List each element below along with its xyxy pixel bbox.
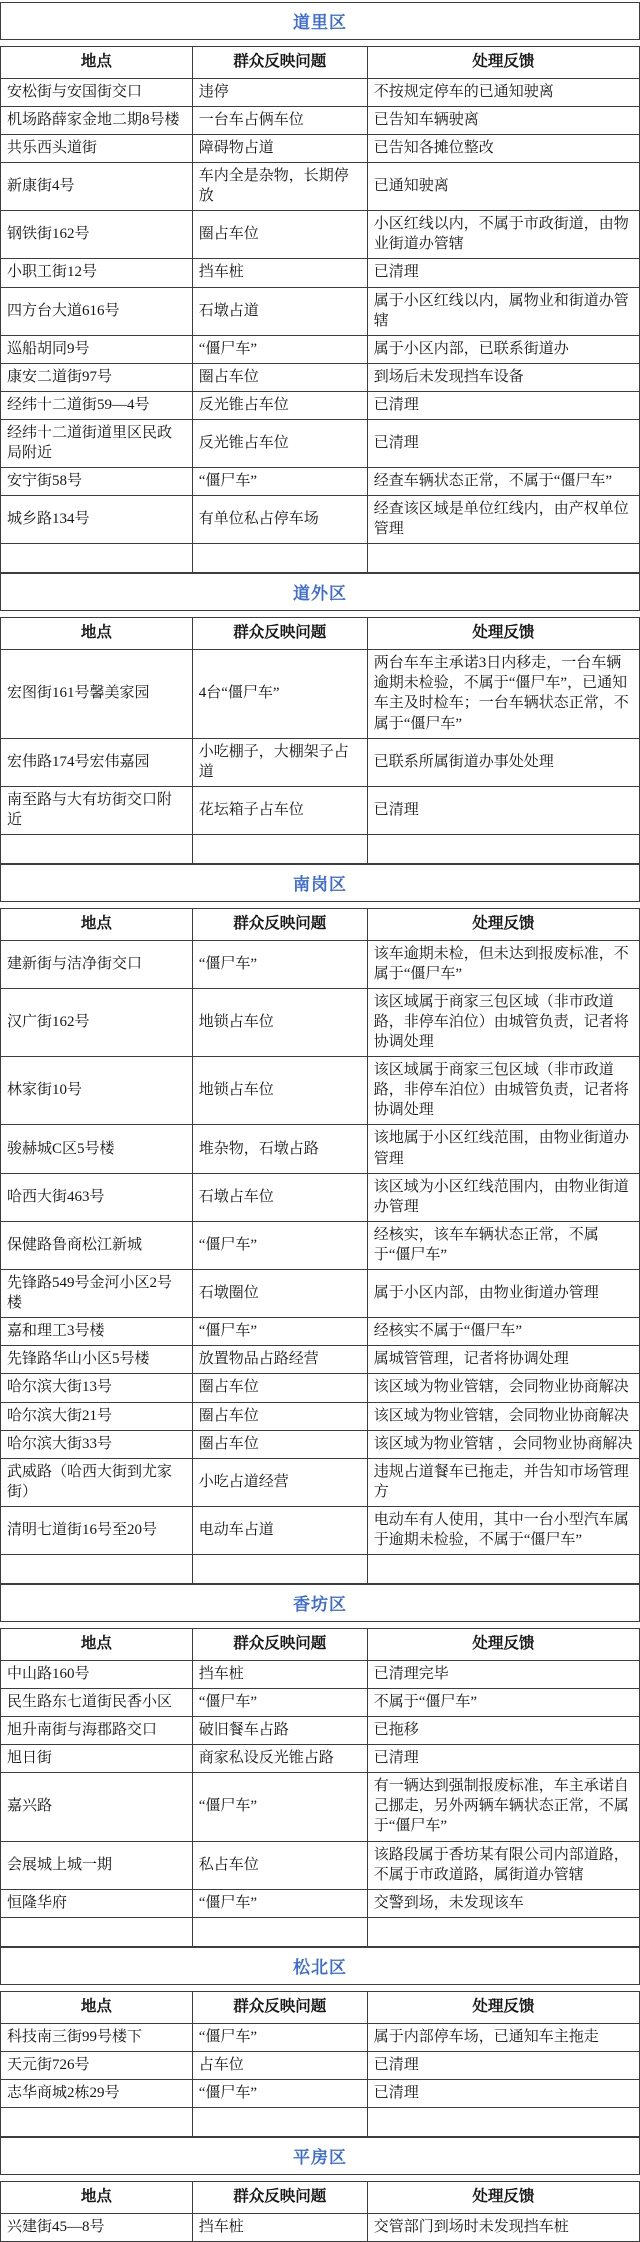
cell-issue: “僵尸车” bbox=[192, 1889, 367, 1917]
cell-location: 保健路鲁商松江新城 bbox=[1, 1221, 193, 1269]
col-header-issue: 群众反映问题 bbox=[192, 618, 367, 650]
section-title-box: 香坊区 bbox=[0, 1584, 640, 1622]
table-row-empty bbox=[1, 544, 640, 573]
district-section: 平房区地点群众反映问题处理反馈兴建街45—8号挡车桩交管部门到场时未发现挡车桩 bbox=[0, 2137, 640, 2242]
table-head: 地点群众反映问题处理反馈 bbox=[1, 1991, 640, 2023]
table-head: 地点群众反映问题处理反馈 bbox=[1, 1629, 640, 1661]
cell-issue: 石墩占道 bbox=[192, 287, 367, 335]
cell-location: 康安二道街97号 bbox=[1, 363, 193, 391]
table-row: 共乐西头道街障碍物占道已告知各摊位整改 bbox=[1, 134, 640, 162]
cell-issue: 商家私设反光锥占路 bbox=[192, 1745, 367, 1773]
col-header-location: 地点 bbox=[1, 908, 193, 940]
issues-table: 地点群众反映问题处理反馈建新街与洁净街交口“僵尸车”该车逾期未检，但未达到报废标… bbox=[0, 908, 640, 1584]
cell-feedback: 属于内部停车场，已通知车主拖走 bbox=[367, 2023, 639, 2051]
table-row: 经纬十二道街59—4号反光锥占车位已清理 bbox=[1, 391, 640, 419]
col-header-feedback: 处理反馈 bbox=[367, 2181, 639, 2213]
table-row: 先锋路549号金河小区2号楼石墩圈位属于小区内部，由物业街道办管理 bbox=[1, 1270, 640, 1318]
table-row: 林家街10号地锁占车位该区域属于商家三包区域（非市政道路，非停车泊位）由城管负责… bbox=[1, 1057, 640, 1125]
cell-location: 先锋路549号金河小区2号楼 bbox=[1, 1270, 193, 1318]
table-row: 骏赫城C区5号楼堆杂物，石墩占路该地属于小区红线范围，由物业街道办管理 bbox=[1, 1125, 640, 1173]
cell-feedback: 已清理 bbox=[367, 2079, 639, 2107]
table-row: 保健路鲁商松江新城“僵尸车”经核实，该车车辆状态正常，不属于“僵尸车” bbox=[1, 1221, 640, 1269]
col-header-issue: 群众反映问题 bbox=[192, 1629, 367, 1661]
cell-location: 旭升南街与海郡路交口 bbox=[1, 1717, 193, 1745]
table-header-row: 地点群众反映问题处理反馈 bbox=[1, 1629, 640, 1661]
cell-feedback: 该区域为物业管辖，会同物业协商解决 bbox=[367, 1374, 639, 1402]
cell-issue: 挡车桩 bbox=[192, 1660, 367, 1688]
section-title-box: 道里区 bbox=[0, 2, 640, 40]
cell-issue: 车内全是杂物，长期停放 bbox=[192, 163, 367, 211]
section-title-box: 平房区 bbox=[0, 2137, 640, 2175]
issues-table: 地点群众反映问题处理反馈中山路160号挡车桩已清理完毕民生路东七道街民香小区“僵… bbox=[0, 1628, 640, 1947]
cell-location: 新康街4号 bbox=[1, 163, 193, 211]
cell-issue: 圈占车位 bbox=[192, 1402, 367, 1430]
cell-feedback: 不按规定停车的已通知驶离 bbox=[367, 78, 639, 106]
table-header-row: 地点群众反映问题处理反馈 bbox=[1, 47, 640, 79]
table-row: 志华商城2栋29号“僵尸车”已清理 bbox=[1, 2079, 640, 2107]
cell-location: 钢铁街162号 bbox=[1, 211, 193, 259]
cell-feedback: 属于小区红线以内，属物业和街道办管辖 bbox=[367, 287, 639, 335]
table-row: 康安二道街97号圈占车位到场后未发现挡车设备 bbox=[1, 363, 640, 391]
cell-feedback: 电动车有人使用，其中一台小型汽车属于逾期未检验，不属于“僵尸车” bbox=[367, 1506, 639, 1554]
cell-feedback: 两台车车主承诺3日内移走，一台车辆逾期未检验，不属于“僵尸车”，已通知车主及时检… bbox=[367, 650, 639, 738]
district-section: 松北区地点群众反映问题处理反馈科技南三街99号楼下“僵尸车”属于内部停车场，已通… bbox=[0, 1947, 640, 2137]
table-row: 旭升南街与海郡路交口破旧餐车占路已拖移 bbox=[1, 1717, 640, 1745]
cell-location: 哈尔滨大街33号 bbox=[1, 1430, 193, 1458]
cell-feedback bbox=[367, 1917, 639, 1946]
table-row: 南至路与大有坊街交口附近花坛箱子占车位已清理 bbox=[1, 786, 640, 834]
table-row: 旭日街商家私设反光锥占路已清理 bbox=[1, 1745, 640, 1773]
cell-issue: 圈占车位 bbox=[192, 211, 367, 259]
cell-feedback: 已清理 bbox=[367, 786, 639, 834]
cell-issue: “僵尸车” bbox=[192, 1318, 367, 1346]
cell-feedback: 经查车辆状态正常，不属于“僵尸车” bbox=[367, 468, 639, 496]
table-row: 恒隆华府“僵尸车”交警到场，未发现该车 bbox=[1, 1889, 640, 1917]
table-row: 钢铁街162号圈占车位小区红线以内，不属于市政街道，由物业街道办管辖 bbox=[1, 211, 640, 259]
district-section: 道里区地点群众反映问题处理反馈安松街与安国街交口违停不按规定停车的已通知驶离机场… bbox=[0, 2, 640, 573]
cell-issue: “僵尸车” bbox=[192, 940, 367, 988]
cell-location: 宏图街161号馨美家园 bbox=[1, 650, 193, 738]
cell-issue bbox=[192, 1917, 367, 1946]
table-body: 科技南三街99号楼下“僵尸车”属于内部停车场，已通知车主拖走天元街726号占车位… bbox=[1, 2023, 640, 2136]
table-row: 哈尔滨大街21号圈占车位该区域为物业管辖，会同物业协商解决 bbox=[1, 1402, 640, 1430]
table-row-empty bbox=[1, 1555, 640, 1584]
cell-feedback: 已清理完毕 bbox=[367, 1660, 639, 1688]
section-title: 松北区 bbox=[293, 1953, 347, 1978]
cell-location: 中山路160号 bbox=[1, 1660, 193, 1688]
table-row: 机场路薛家金地二期8号楼一台车占俩车位已告知车辆驶离 bbox=[1, 106, 640, 134]
cell-location: 汉广街162号 bbox=[1, 988, 193, 1056]
cell-feedback: 该区域属于商家三包区域（非市政道路，非停车泊位）由城管负责，记者将协调处理 bbox=[367, 1057, 639, 1125]
section-title-box: 松北区 bbox=[0, 1947, 640, 1985]
cell-issue: “僵尸车” bbox=[192, 2079, 367, 2107]
table-row: 巡船胡同9号“僵尸车”属于小区内部，已联系街道办 bbox=[1, 335, 640, 363]
cell-location: 四方台大道616号 bbox=[1, 287, 193, 335]
cell-feedback: 经核实，该车车辆状态正常，不属于“僵尸车” bbox=[367, 1221, 639, 1269]
col-header-location: 地点 bbox=[1, 1991, 193, 2023]
cell-issue: 反光锥占车位 bbox=[192, 419, 367, 467]
cell-feedback: 已清理 bbox=[367, 259, 639, 287]
cell-feedback: 已拖移 bbox=[367, 1717, 639, 1745]
cell-location bbox=[1, 2107, 193, 2136]
cell-issue: 小吃占道经营 bbox=[192, 1458, 367, 1506]
cell-issue: 4台“僵尸车” bbox=[192, 650, 367, 738]
cell-location: 经纬十二道街59—4号 bbox=[1, 391, 193, 419]
cell-issue: 圈占车位 bbox=[192, 1430, 367, 1458]
section-title: 道外区 bbox=[293, 579, 347, 604]
cell-location: 民生路东七道街民香小区 bbox=[1, 1688, 193, 1716]
table-row: 清明七道街16号至20号电动车占道电动车有人使用，其中一台小型汽车属于逾期未检验… bbox=[1, 1506, 640, 1554]
cell-location: 兴建街45—8号 bbox=[1, 2213, 193, 2241]
table-head: 地点群众反映问题处理反馈 bbox=[1, 2181, 640, 2213]
district-report-page: 道里区地点群众反映问题处理反馈安松街与安国街交口违停不按规定停车的已通知驶离机场… bbox=[0, 0, 640, 2242]
cell-location: 科技南三街99号楼下 bbox=[1, 2023, 193, 2051]
cell-issue: 堆杂物，石墩占路 bbox=[192, 1125, 367, 1173]
table-row-empty bbox=[1, 834, 640, 863]
cell-issue: 圈占车位 bbox=[192, 363, 367, 391]
cell-issue bbox=[192, 834, 367, 863]
section-title: 道里区 bbox=[293, 8, 347, 33]
table-row: 安宁街58号“僵尸车”经查车辆状态正常，不属于“僵尸车” bbox=[1, 468, 640, 496]
section-title: 香坊区 bbox=[293, 1590, 347, 1615]
cell-feedback: 该地属于小区红线范围，由物业街道办管理 bbox=[367, 1125, 639, 1173]
district-section: 道外区地点群众反映问题处理反馈宏图街161号馨美家园4台“僵尸车”两台车车主承诺… bbox=[0, 573, 640, 864]
table-header-row: 地点群众反映问题处理反馈 bbox=[1, 1991, 640, 2023]
cell-feedback: 该路段属于香坊某有限公司内部道路，不属于市政道路，属街道办管辖 bbox=[367, 1841, 639, 1889]
cell-feedback: 违规占道餐车已拖走，并告知市场管理方 bbox=[367, 1458, 639, 1506]
table-row: 宏图街161号馨美家园4台“僵尸车”两台车车主承诺3日内移走，一台车辆逾期未检验… bbox=[1, 650, 640, 738]
section-title-box: 道外区 bbox=[0, 573, 640, 611]
table-row: 建新街与洁净街交口“僵尸车”该车逾期未检，但未达到报废标准，不属于“僵尸车” bbox=[1, 940, 640, 988]
cell-location: 天元街726号 bbox=[1, 2051, 193, 2079]
cell-feedback: 属于小区内部，已联系街道办 bbox=[367, 335, 639, 363]
cell-feedback: 已通知驶离 bbox=[367, 163, 639, 211]
table-header-row: 地点群众反映问题处理反馈 bbox=[1, 618, 640, 650]
table-head: 地点群众反映问题处理反馈 bbox=[1, 908, 640, 940]
cell-location: 宏伟路174号宏伟嘉园 bbox=[1, 738, 193, 786]
cell-issue: “僵尸车” bbox=[192, 1221, 367, 1269]
table-head: 地点群众反映问题处理反馈 bbox=[1, 47, 640, 79]
cell-issue: 电动车占道 bbox=[192, 1506, 367, 1554]
cell-issue: 私占车位 bbox=[192, 1841, 367, 1889]
cell-issue: 放置物品占路经营 bbox=[192, 1346, 367, 1374]
cell-issue bbox=[192, 2107, 367, 2136]
cell-issue: 石墩圈位 bbox=[192, 1270, 367, 1318]
cell-location bbox=[1, 544, 193, 573]
cell-location: 共乐西头道街 bbox=[1, 134, 193, 162]
cell-location bbox=[1, 834, 193, 863]
col-header-issue: 群众反映问题 bbox=[192, 1991, 367, 2023]
cell-location: 志华商城2栋29号 bbox=[1, 2079, 193, 2107]
table-header-row: 地点群众反映问题处理反馈 bbox=[1, 2181, 640, 2213]
sections-root: 道里区地点群众反映问题处理反馈安松街与安国街交口违停不按规定停车的已通知驶离机场… bbox=[0, 2, 640, 2242]
table-row: 汉广街162号地锁占车位该区域属于商家三包区域（非市政道路，非停车泊位）由城管负… bbox=[1, 988, 640, 1056]
table-row: 嘉兴路“僵尸车”有一辆达到强制报废标准，车主承诺自己挪走，另外两辆车辆状态正常，… bbox=[1, 1773, 640, 1841]
col-header-feedback: 处理反馈 bbox=[367, 618, 639, 650]
table-body: 宏图街161号馨美家园4台“僵尸车”两台车车主承诺3日内移走，一台车辆逾期未检验… bbox=[1, 650, 640, 864]
cell-issue: 违停 bbox=[192, 78, 367, 106]
cell-feedback: 该区域为物业管辖 ，会同物业协商解决 bbox=[367, 1430, 639, 1458]
cell-feedback: 已联系所属街道办事处处理 bbox=[367, 738, 639, 786]
table-row: 哈尔滨大街33号圈占车位该区域为物业管辖 ，会同物业协商解决 bbox=[1, 1430, 640, 1458]
col-header-issue: 群众反映问题 bbox=[192, 47, 367, 79]
cell-feedback: 有一辆达到强制报废标准，车主承诺自己挪走，另外两辆车辆状态正常，不属于“僵尸车” bbox=[367, 1773, 639, 1841]
cell-location: 骏赫城C区5号楼 bbox=[1, 1125, 193, 1173]
issues-table: 地点群众反映问题处理反馈宏图街161号馨美家园4台“僵尸车”两台车车主承诺3日内… bbox=[0, 617, 640, 864]
issues-table: 地点群众反映问题处理反馈兴建街45—8号挡车桩交管部门到场时未发现挡车桩 bbox=[0, 2181, 640, 2242]
table-body: 建新街与洁净街交口“僵尸车”该车逾期未检，但未达到报废标准，不属于“僵尸车”汉广… bbox=[1, 940, 640, 1583]
col-header-feedback: 处理反馈 bbox=[367, 1991, 639, 2023]
table-row: 天元街726号占车位已清理 bbox=[1, 2051, 640, 2079]
table-row: 民生路东七道街民香小区“僵尸车”不属于“僵尸车” bbox=[1, 1688, 640, 1716]
table-row: 哈西大街463号石墩占车位该区域为小区红线范围内，由物业街道办管理 bbox=[1, 1173, 640, 1221]
cell-feedback bbox=[367, 1555, 639, 1584]
cell-location: 建新街与洁净街交口 bbox=[1, 940, 193, 988]
section-title-box: 南岗区 bbox=[0, 864, 640, 902]
col-header-location: 地点 bbox=[1, 2181, 193, 2213]
table-row: 宏伟路174号宏伟嘉园小吃棚子，大棚架子占道已联系所属街道办事处处理 bbox=[1, 738, 640, 786]
table-body: 安松街与安国街交口违停不按规定停车的已通知驶离机场路薛家金地二期8号楼一台车占俩… bbox=[1, 78, 640, 573]
cell-feedback: 经核实不属于“僵尸车” bbox=[367, 1318, 639, 1346]
cell-location: 机场路薛家金地二期8号楼 bbox=[1, 106, 193, 134]
cell-location bbox=[1, 1555, 193, 1584]
col-header-location: 地点 bbox=[1, 618, 193, 650]
cell-issue: “僵尸车” bbox=[192, 1688, 367, 1716]
cell-location: 南至路与大有坊街交口附近 bbox=[1, 786, 193, 834]
cell-feedback: 小区红线以内，不属于市政街道，由物业街道办管辖 bbox=[367, 211, 639, 259]
table-header-row: 地点群众反映问题处理反馈 bbox=[1, 908, 640, 940]
cell-issue: 占车位 bbox=[192, 2051, 367, 2079]
table-head: 地点群众反映问题处理反馈 bbox=[1, 618, 640, 650]
cell-location: 哈西大街463号 bbox=[1, 1173, 193, 1221]
table-body: 中山路160号挡车桩已清理完毕民生路东七道街民香小区“僵尸车”不属于“僵尸车”旭… bbox=[1, 1660, 640, 1946]
col-header-feedback: 处理反馈 bbox=[367, 1629, 639, 1661]
cell-feedback: 交警到场，未发现该车 bbox=[367, 1889, 639, 1917]
cell-feedback: 已清理 bbox=[367, 391, 639, 419]
district-section: 南岗区地点群众反映问题处理反馈建新街与洁净街交口“僵尸车”该车逾期未检，但未达到… bbox=[0, 864, 640, 1584]
table-row: 中山路160号挡车桩已清理完毕 bbox=[1, 1660, 640, 1688]
section-title: 平房区 bbox=[293, 2143, 347, 2168]
cell-issue: 挡车桩 bbox=[192, 2213, 367, 2241]
cell-location: 安松街与安国街交口 bbox=[1, 78, 193, 106]
cell-feedback: 该区域为小区红线范围内，由物业街道办管理 bbox=[367, 1173, 639, 1221]
col-header-issue: 群众反映问题 bbox=[192, 2181, 367, 2213]
cell-location: 清明七道街16号至20号 bbox=[1, 1506, 193, 1554]
cell-issue bbox=[192, 544, 367, 573]
cell-location: 嘉兴路 bbox=[1, 1773, 193, 1841]
table-row: 先锋路华山小区5号楼放置物品占路经营属城管管理，记者将协调处理 bbox=[1, 1346, 640, 1374]
cell-issue bbox=[192, 1555, 367, 1584]
cell-location bbox=[1, 1917, 193, 1946]
table-row: 四方台大道616号石墩占道属于小区红线以内，属物业和街道办管辖 bbox=[1, 287, 640, 335]
cell-feedback: 已清理 bbox=[367, 2051, 639, 2079]
cell-issue: 地锁占车位 bbox=[192, 988, 367, 1056]
issues-table: 地点群众反映问题处理反馈科技南三街99号楼下“僵尸车”属于内部停车场，已通知车主… bbox=[0, 1991, 640, 2137]
cell-location: 武威路（哈西大街到尤家街） bbox=[1, 1458, 193, 1506]
cell-feedback: 属城管管理，记者将协调处理 bbox=[367, 1346, 639, 1374]
cell-feedback: 该区域为物业管辖，会同物业协商解决 bbox=[367, 1402, 639, 1430]
cell-feedback: 属于小区内部，由物业街道办管理 bbox=[367, 1270, 639, 1318]
cell-issue: 石墩占车位 bbox=[192, 1173, 367, 1221]
table-row: 经纬十二道街道里区民政局附近反光锥占车位已清理 bbox=[1, 419, 640, 467]
cell-issue: “僵尸车” bbox=[192, 1773, 367, 1841]
cell-feedback: 已告知各摊位整改 bbox=[367, 134, 639, 162]
cell-issue: 破旧餐车占路 bbox=[192, 1717, 367, 1745]
table-body: 兴建街45—8号挡车桩交管部门到场时未发现挡车桩 bbox=[1, 2213, 640, 2241]
col-header-feedback: 处理反馈 bbox=[367, 47, 639, 79]
district-section: 香坊区地点群众反映问题处理反馈中山路160号挡车桩已清理完毕民生路东七道街民香小… bbox=[0, 1584, 640, 1947]
cell-issue: 挡车桩 bbox=[192, 259, 367, 287]
cell-issue: “僵尸车” bbox=[192, 2023, 367, 2051]
cell-issue: 圈占车位 bbox=[192, 1374, 367, 1402]
section-title: 南岗区 bbox=[293, 870, 347, 895]
table-row: 武威路（哈西大街到尤家街）小吃占道经营违规占道餐车已拖走，并告知市场管理方 bbox=[1, 1458, 640, 1506]
cell-location: 林家街10号 bbox=[1, 1057, 193, 1125]
table-row: 安松街与安国街交口违停不按规定停车的已通知驶离 bbox=[1, 78, 640, 106]
cell-issue: 花坛箱子占车位 bbox=[192, 786, 367, 834]
col-header-issue: 群众反映问题 bbox=[192, 908, 367, 940]
table-row-empty bbox=[1, 2107, 640, 2136]
cell-location: 经纬十二道街道里区民政局附近 bbox=[1, 419, 193, 467]
table-row: 会展城上城一期私占车位该路段属于香坊某有限公司内部道路，不属于市政道路，属街道办… bbox=[1, 1841, 640, 1889]
col-header-location: 地点 bbox=[1, 47, 193, 79]
cell-location: 安宁街58号 bbox=[1, 468, 193, 496]
cell-feedback: 不属于“僵尸车” bbox=[367, 1688, 639, 1716]
cell-feedback: 交管部门到场时未发现挡车桩 bbox=[367, 2213, 639, 2241]
table-row: 科技南三街99号楼下“僵尸车”属于内部停车场，已通知车主拖走 bbox=[1, 2023, 640, 2051]
cell-location: 旭日街 bbox=[1, 1745, 193, 1773]
issues-table: 地点群众反映问题处理反馈安松街与安国街交口违停不按规定停车的已通知驶离机场路薛家… bbox=[0, 46, 640, 573]
cell-issue: 障碍物占道 bbox=[192, 134, 367, 162]
cell-issue: 一台车占俩车位 bbox=[192, 106, 367, 134]
cell-location: 先锋路华山小区5号楼 bbox=[1, 1346, 193, 1374]
cell-issue: 小吃棚子，大棚架子占道 bbox=[192, 738, 367, 786]
cell-issue: 地锁占车位 bbox=[192, 1057, 367, 1125]
cell-feedback: 已清理 bbox=[367, 1745, 639, 1773]
cell-location: 城乡路134号 bbox=[1, 496, 193, 544]
cell-feedback bbox=[367, 2107, 639, 2136]
cell-issue: “僵尸车” bbox=[192, 468, 367, 496]
table-row-empty bbox=[1, 1917, 640, 1946]
cell-location: 哈尔滨大街21号 bbox=[1, 1402, 193, 1430]
cell-feedback: 到场后未发现挡车设备 bbox=[367, 363, 639, 391]
col-header-location: 地点 bbox=[1, 1629, 193, 1661]
cell-location: 小职工街12号 bbox=[1, 259, 193, 287]
cell-feedback: 已清理 bbox=[367, 419, 639, 467]
table-row: 嘉和理工3号楼“僵尸车”经核实不属于“僵尸车” bbox=[1, 1318, 640, 1346]
cell-location: 巡船胡同9号 bbox=[1, 335, 193, 363]
cell-location: 哈尔滨大街13号 bbox=[1, 1374, 193, 1402]
cell-location: 恒隆华府 bbox=[1, 1889, 193, 1917]
col-header-feedback: 处理反馈 bbox=[367, 908, 639, 940]
cell-feedback: 该车逾期未检，但未达到报废标准，不属于“僵尸车” bbox=[367, 940, 639, 988]
table-row: 新康街4号车内全是杂物，长期停放已通知驶离 bbox=[1, 163, 640, 211]
cell-issue: “僵尸车” bbox=[192, 335, 367, 363]
cell-feedback: 已告知车辆驶离 bbox=[367, 106, 639, 134]
table-row: 小职工街12号挡车桩已清理 bbox=[1, 259, 640, 287]
cell-issue: 反光锥占车位 bbox=[192, 391, 367, 419]
cell-feedback: 经查该区域是单位红线内，由产权单位管理 bbox=[367, 496, 639, 544]
table-row: 兴建街45—8号挡车桩交管部门到场时未发现挡车桩 bbox=[1, 2213, 640, 2241]
table-row: 城乡路134号有单位私占停车场经查该区域是单位红线内，由产权单位管理 bbox=[1, 496, 640, 544]
cell-location: 嘉和理工3号楼 bbox=[1, 1318, 193, 1346]
cell-issue: 有单位私占停车场 bbox=[192, 496, 367, 544]
cell-feedback bbox=[367, 544, 639, 573]
table-row: 哈尔滨大街13号圈占车位该区域为物业管辖，会同物业协商解决 bbox=[1, 1374, 640, 1402]
cell-feedback bbox=[367, 834, 639, 863]
cell-location: 会展城上城一期 bbox=[1, 1841, 193, 1889]
cell-feedback: 该区域属于商家三包区域（非市政道路，非停车泊位）由城管负责，记者将协调处理 bbox=[367, 988, 639, 1056]
